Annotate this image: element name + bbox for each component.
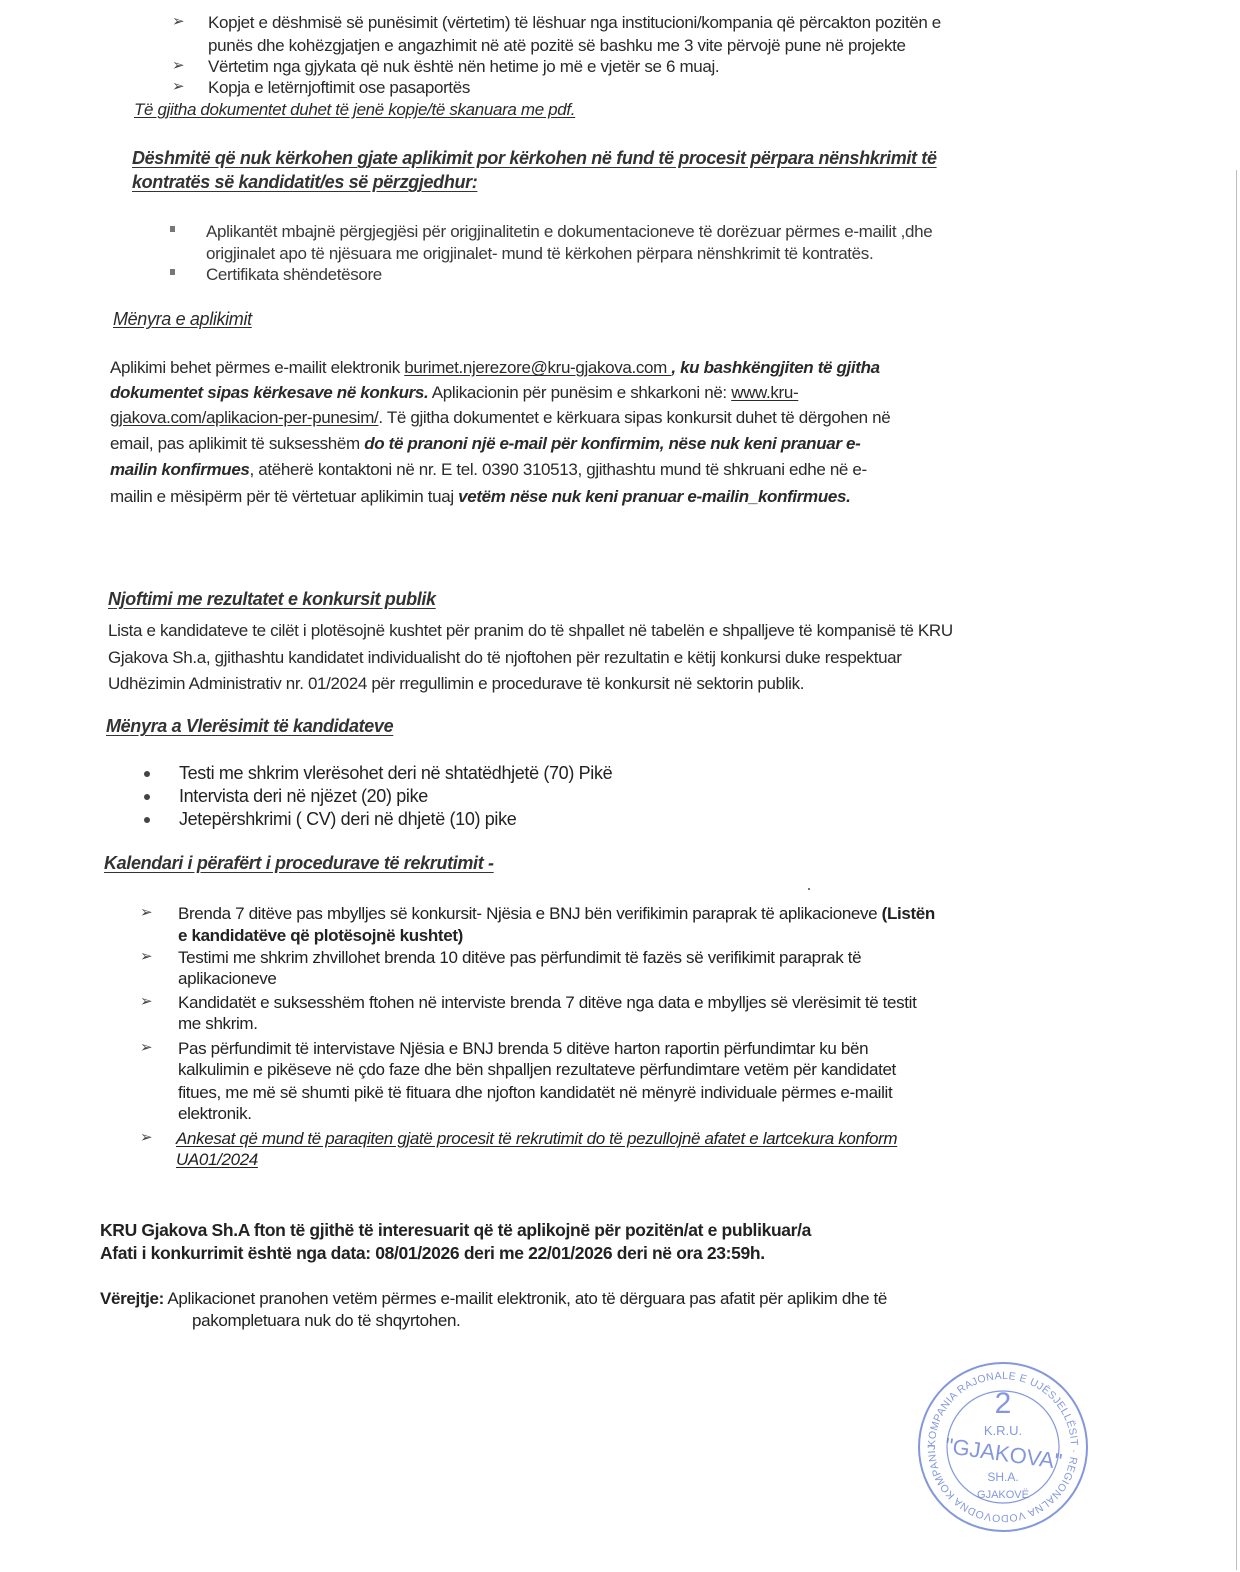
text: do të pranoni një e-mail për konfirmim, … <box>364 434 860 453</box>
text: Brenda 7 ditëve pas mbylljes së konkursi… <box>178 904 882 923</box>
text: , atëherë kontaktoni në nr. E tel. 0390 … <box>250 460 867 479</box>
arrow-bullet-icon: ➢ <box>140 947 153 965</box>
calendar-item-line: me shkrim. <box>178 1013 258 1034</box>
text: Afati i konkurrimit është nga data: <box>100 1243 375 1263</box>
square-bullet-icon <box>170 226 175 232</box>
calendar-item-line: e kandidatëve që plotësojnë kushtet) <box>178 925 463 946</box>
remark-label: Vërejtje: <box>100 1289 164 1308</box>
calendar-item-line: UA01/2024 <box>176 1149 258 1170</box>
remark-line: pakompletuara nuk do të shqyrtohen. <box>192 1310 460 1331</box>
text: dokumentet sipas kërkesave në konkurs. <box>110 383 428 402</box>
text: mailin e mësipërm për të vërtetuar aplik… <box>110 487 458 506</box>
text: deri me <box>459 1243 528 1263</box>
application-paragraph-line4: email, pas aplikimit të suksesshëm do të… <box>110 433 860 454</box>
application-form-link-cont[interactable]: gjakova.com/aplikacion-per-punesim/ <box>110 408 378 427</box>
calendar-heading: Kalendari i përafërt i procedurave të re… <box>104 853 494 874</box>
list-item-line: Certifikata shëndetësore <box>206 264 382 285</box>
bullet-dot-icon <box>144 771 150 777</box>
results-line: Lista e kandidateve te cilët i plotësojn… <box>108 620 953 641</box>
calendar-item-line: Pas përfundimit të intervistave Njësia e… <box>178 1038 868 1059</box>
application-heading: Mënyra e aplikimit <box>113 309 252 330</box>
calendar-item-line: Brenda 7 ditëve pas mbylljes së konkursi… <box>178 903 935 924</box>
calendar-item-line: Kandidatët e suksesshëm ftohen në interv… <box>178 992 916 1013</box>
text: Aplikacionin për punësim e shkarkoni në: <box>428 383 731 402</box>
arrow-bullet-icon: ➢ <box>172 56 185 74</box>
arrow-bullet-icon: ➢ <box>140 903 153 921</box>
text: vetëm nëse nuk keni pranuar e-mailin_kon… <box>458 487 850 506</box>
application-paragraph-line6: mailin e mësipërm për të vërtetuar aplik… <box>110 486 850 507</box>
results-line: Gjakova Sh.a, gjithashtu kandidatet indi… <box>108 647 902 668</box>
list-item-line: Kopjet e dëshmisë së punësimit (vërtetim… <box>208 12 941 33</box>
scan-edge-line <box>1236 170 1237 1570</box>
calendar-item-line: aplikacioneve <box>178 968 276 989</box>
stamp-type: SH.A. <box>987 1470 1018 1484</box>
text: . Të gjitha dokumentet e kërkuara sipas … <box>378 408 890 427</box>
stamp-seal-icon: KOMPANIA RAJONALE E UJËSJELLËSIT · REGIO… <box>913 1357 1093 1537</box>
evaluation-item: Jetepërshkrimi ( CV) deri në dhjetë (10)… <box>179 809 516 830</box>
company-stamp: KOMPANIA RAJONALE E UJËSJELLËSIT · REGIO… <box>913 1357 1093 1537</box>
arrow-bullet-icon: ➢ <box>172 12 185 30</box>
date-to: 22/01/2026 <box>528 1243 612 1263</box>
pdf-note: Të gjitha dokumentet duhet të jenë kopje… <box>134 99 575 120</box>
remark-line: Vërejtje: Aplikacionet pranohen vetëm pë… <box>100 1288 887 1309</box>
square-bullet-icon <box>170 269 175 275</box>
date-from: 08/01/2026 <box>375 1243 459 1263</box>
evaluation-item: Testi me shkrim vlerësohet deri në shtat… <box>179 763 612 784</box>
arrow-bullet-icon: ➢ <box>140 1038 153 1056</box>
email-link[interactable]: burimet.njerezore@kru-gjakova.com <box>404 358 671 377</box>
application-form-link[interactable]: www.kru- <box>731 383 798 402</box>
evaluation-heading: Mënyra a Vlerësimit të kandidateve <box>106 716 393 737</box>
scan-speck <box>808 888 810 890</box>
text: (Listën <box>882 904 935 923</box>
stamp-city: GJAKOVË <box>977 1489 1029 1501</box>
bullet-dot-icon <box>144 817 150 823</box>
evaluation-item: Intervista deri në njëzet (20) pike <box>179 786 428 807</box>
text: Aplikacionet pranohen vetëm përmes e-mai… <box>164 1289 887 1308</box>
list-item-line: Kopja e letërnjoftimit ose pasaportës <box>208 77 470 98</box>
application-paragraph-line5: mailin konfirmues, atëherë kontaktoni në… <box>110 459 867 480</box>
application-paragraph-line1: Aplikimi behet përmes e-mailit elektroni… <box>110 357 1076 378</box>
text: , ku bashkëngjiten të gjitha <box>671 358 879 377</box>
arrow-bullet-icon: ➢ <box>172 77 185 95</box>
calendar-item-line: Ankesat që mund të paraqiten gjatë proce… <box>176 1128 897 1149</box>
stamp-abbr: K.R.U. <box>984 1423 1022 1438</box>
results-heading: Njoftimi me rezultatet e konkursit publi… <box>108 589 436 610</box>
list-item-line: punës dhe kohëzgjatjen e angazhimit në a… <box>208 35 906 56</box>
list-item-line: Vërtetim nga gjykata që nuk është nën he… <box>208 56 719 77</box>
results-line: Udhëzimin Administrativ nr. 01/2024 për … <box>108 673 804 694</box>
application-paragraph-line3: gjakova.com/aplikacion-per-punesim/. Të … <box>110 407 890 428</box>
stamp-name: "GJAKOVA" <box>943 1433 1063 1474</box>
arrow-bullet-icon: ➢ <box>140 1128 153 1146</box>
stamp-number: 2 <box>995 1387 1012 1420</box>
list-item-line: Aplikantët mbajnë përgjegjësi për origji… <box>206 221 932 242</box>
deadline-line: Afati i konkurrimit është nga data: 08/0… <box>100 1243 765 1264</box>
invitation-line: KRU Gjakova Sh.A fton të gjithë të inter… <box>100 1220 811 1241</box>
calendar-item-line: kalkulimin e pikëseve në çdo faze dhe bë… <box>178 1059 896 1080</box>
list-item-line: origjinalet apo të njësuara me origjinal… <box>206 243 873 264</box>
calendar-item-line: Testimi me shkrim zhvillohet brenda 10 d… <box>178 947 861 968</box>
text: email, pas aplikimit të suksesshëm <box>110 434 364 453</box>
arrow-bullet-icon: ➢ <box>140 992 153 1010</box>
text: mailin konfirmues <box>110 460 250 479</box>
text: Aplikimi behet përmes e-mailit elektroni… <box>110 358 404 377</box>
application-paragraph-line2: dokumentet sipas kërkesave në konkurs. A… <box>110 382 798 403</box>
calendar-item-line: elektronik. <box>178 1103 252 1124</box>
bullet-dot-icon <box>144 794 150 800</box>
final-documents-heading-line2: kontratës së kandidatit/es së përzgjedhu… <box>132 172 477 193</box>
calendar-item-line: fitues, me më së shumti pikë të fituara … <box>178 1082 892 1103</box>
text: deri në ora 23:59h. <box>612 1243 765 1263</box>
final-documents-heading-line1: Dëshmitë që nuk kërkohen gjate aplikimit… <box>132 148 937 169</box>
